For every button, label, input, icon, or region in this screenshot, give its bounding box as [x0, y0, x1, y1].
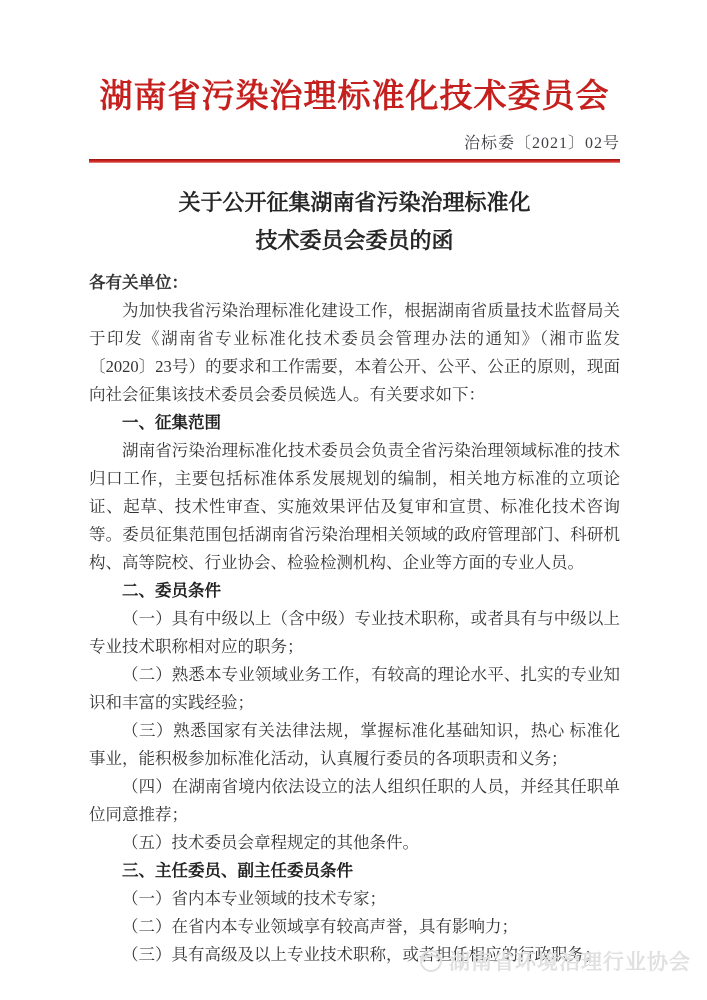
- section-1-heading: 一、征集范围: [89, 409, 620, 437]
- section-2-item-3: （三）熟悉国家有关法律法规，掌握标准化基础知识，热心 标准化事业，能积极参加标准…: [89, 717, 620, 773]
- document-number: 治标委〔2021〕02号: [89, 130, 620, 153]
- section-3-heading: 三、主任委员、副主任委员条件: [89, 857, 620, 885]
- section-2-item-1: （一）具有中级以上（含中级）专业技术职称，或者具有与中级以上专业技术职称相对应的…: [89, 605, 620, 661]
- section-3-item-2: （二）在省内本专业领域享有较高声誉，具有影响力；: [89, 913, 620, 941]
- document-title: 关于公开征集湖南省污染治理标准化 技术委员会委员的函: [89, 184, 620, 260]
- document-page: 湖南省污染治理标准化技术委员会 治标委〔2021〕02号 关于公开征集湖南省污染…: [0, 0, 707, 1000]
- section-2-item-4: （四）在湖南省境内依法设立的法人组织任职的人员，并经其任职单位同意推荐；: [89, 773, 620, 829]
- salutation: 各有关单位：: [89, 269, 620, 297]
- association-watermark: 湖南省环境治理行业协会: [418, 946, 691, 976]
- document-title-line2: 技术委员会委员的函: [89, 222, 620, 260]
- section-2-item-5: （五）技术委员会章程规定的其他条件。: [89, 829, 620, 857]
- association-watermark-text: 湖南省环境治理行业协会: [449, 946, 691, 976]
- section-1-paragraph-1: 湖南省污染治理标准化技术委员会负责全省污染治理领域标准的技术归口工作，主要包括标…: [89, 437, 620, 577]
- intro-paragraph: 为加快我省污染治理标准化建设工作，根据湖南省质量技术监督局关于印发《湖南省专业标…: [89, 297, 620, 409]
- letterhead-red-rule: [89, 159, 620, 163]
- association-logo-icon: [418, 948, 444, 974]
- document-title-line1: 关于公开征集湖南省污染治理标准化: [89, 184, 620, 222]
- document-body: 各有关单位： 为加快我省污染治理标准化建设工作，根据湖南省质量技术监督局关于印发…: [89, 269, 620, 969]
- section-2-item-2: （二）熟悉本专业领域业务工作，有较高的理论水平、扎实的专业知识和丰富的实践经验；: [89, 661, 620, 717]
- section-3-item-1: （一）省内本专业领域的技术专家；: [89, 885, 620, 913]
- section-2-heading: 二、委员条件: [89, 577, 620, 605]
- letterhead-org-title: 湖南省污染治理标准化技术委员会: [89, 76, 620, 118]
